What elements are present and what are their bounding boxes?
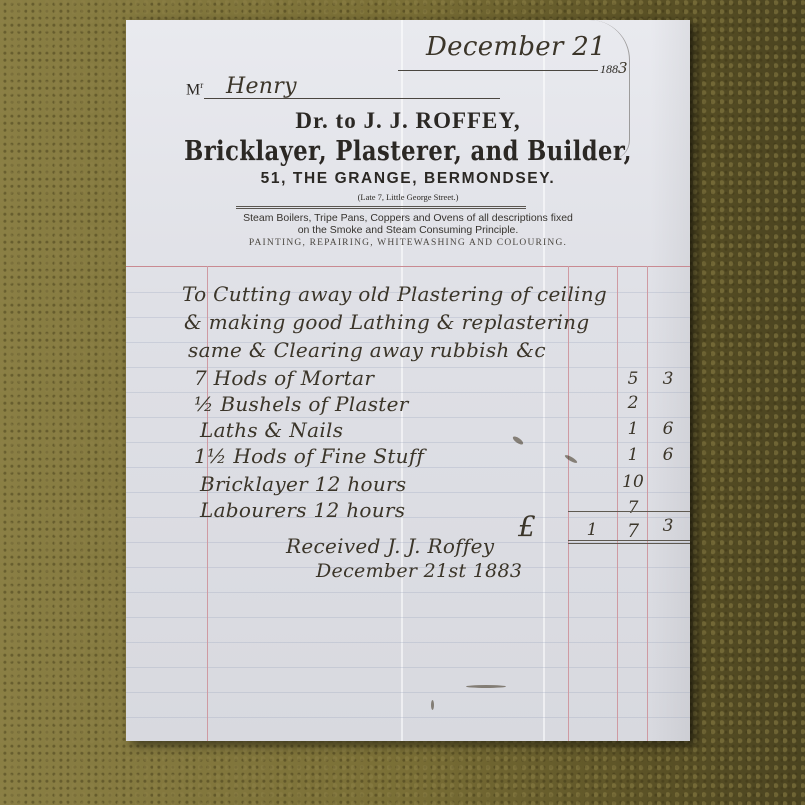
previous-address: (Late 7, Little George Street.): [126, 192, 690, 202]
services-line-1: Steam Boilers, Tripe Pans, Coppers and O…: [126, 212, 690, 224]
red-header-rule: [126, 266, 690, 267]
total-rule-bottom: [568, 543, 690, 544]
item-description: & making good Lathing & replastering: [184, 310, 589, 334]
item-pence: 6: [654, 419, 682, 439]
total-rule-top: [568, 511, 690, 512]
ruled-line: [126, 642, 690, 643]
heading-rule: [236, 206, 526, 207]
trade-line: Bricklayer, Plasterer, and Builder,: [171, 136, 645, 167]
receipt-signature: Received J. J. Roffey: [286, 534, 494, 558]
invoice-date-handwritten: December 21: [426, 32, 606, 62]
ink-smudge: [512, 435, 525, 446]
item-pence: 3: [654, 369, 682, 389]
item-description: same & Clearing away rubbish &c: [188, 338, 546, 362]
item-shillings: 5: [619, 369, 647, 389]
ruled-line: [126, 442, 690, 443]
total-rule-bottom: [568, 540, 690, 541]
ruled-line: [126, 667, 690, 668]
date-rule: [398, 70, 598, 71]
item-description: Bricklayer 12 hours: [200, 472, 406, 496]
ink-smudge: [431, 700, 434, 710]
item-shillings: 1: [619, 419, 647, 439]
total-pounds: 1: [578, 520, 606, 540]
receipt-date: December 21st 1883: [316, 560, 522, 582]
printed-year: 1883: [600, 59, 628, 77]
ink-smudge: [466, 685, 506, 688]
ruled-line: [126, 717, 690, 718]
ruled-line: [126, 592, 690, 593]
item-description: 1½ Hods of Fine Stuff: [194, 444, 424, 468]
services-line-2: on the Smoke and Steam Consuming Princip…: [126, 224, 690, 236]
ruled-line: [126, 692, 690, 693]
recipient-rule: [204, 98, 500, 99]
heading-rule: [236, 208, 526, 209]
item-pence: 6: [654, 445, 682, 465]
total-shillings: 7: [619, 520, 647, 542]
total-currency-symbol: £: [518, 510, 536, 543]
debtor-line: Dr. to J. J. ROFFEY,: [126, 108, 690, 134]
ink-smudge: [564, 454, 578, 464]
ruled-line: [126, 617, 690, 618]
item-description: Labourers 12 hours: [200, 498, 405, 522]
services-line-3: PAINTING, REPAIRING, WHITEWASHING AND CO…: [126, 238, 690, 248]
item-shillings: 7: [619, 498, 647, 518]
recipient-name: Henry: [226, 74, 297, 99]
item-description: To Cutting away old Plastering of ceilin…: [182, 282, 607, 306]
item-shillings: 10: [619, 472, 647, 492]
invoice-paper: December 21 1883 Mr Henry Dr. to J. J. R…: [126, 20, 690, 741]
total-pence: 3: [654, 516, 682, 536]
item-description: ½ Bushels of Plaster: [194, 392, 409, 416]
red-shillings-column-line: [617, 266, 618, 741]
red-pounds-column-line: [568, 266, 569, 741]
item-description: 7 Hods of Mortar: [194, 366, 374, 390]
item-shillings: 1: [619, 445, 647, 465]
item-description: Laths & Nails: [200, 418, 343, 442]
address-line: 51, THE GRANGE, BERMONDSEY.: [126, 170, 690, 188]
item-shillings: 2: [619, 393, 647, 413]
red-pence-column-line: [647, 266, 648, 741]
recipient-prefix: Mr: [186, 80, 203, 99]
